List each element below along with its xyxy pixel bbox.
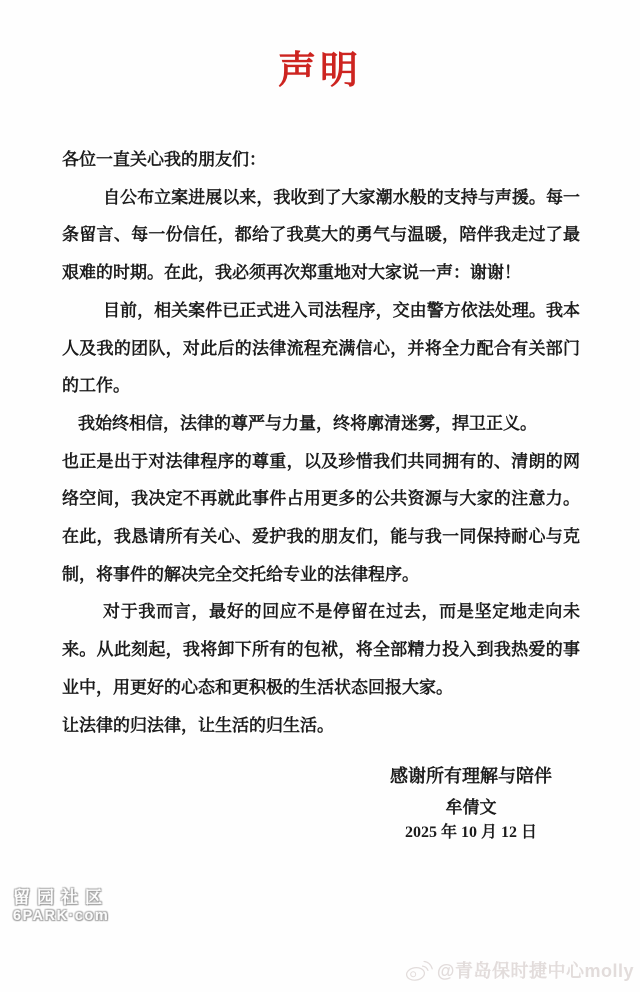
closing-line: 感谢所有理解与陪伴 — [340, 763, 602, 789]
forum-watermark: 留园社区 6PARK·com — [13, 889, 109, 924]
forum-watermark-url: 6PARK·com — [13, 909, 109, 924]
paragraph-1: 自公布立案进展以来，我收到了大家潮水般的支持与声援。每一条留言、每一份信任，都给… — [62, 179, 580, 292]
signature-block: 感谢所有理解与陪伴 牟倩文 2025 年 10 月 12 日 — [340, 763, 602, 844]
weibo-watermark: @青岛保时捷中心molly — [405, 957, 634, 983]
weibo-handle: @青岛保时捷中心molly — [437, 957, 634, 983]
paragraph-4: 也正是出于对法律程序的尊重，以及珍惜我们共同拥有的、清朗的网络空间，我决定不再就… — [62, 443, 580, 594]
statement-title: 声明 — [0, 0, 640, 92]
paragraph-3: 我始终相信，法律的尊严与力量，终将廓清迷雾，捍卫正义。 — [62, 405, 580, 443]
paragraph-5: 对于我而言，最好的回应不是停留在过去，而是坚定地走向未来。从此刻起，我将卸下所有… — [62, 593, 580, 706]
forum-watermark-cn: 留园社区 — [13, 889, 109, 906]
statement-body: 各位一直关心我的朋友们： 自公布立案进展以来，我收到了大家潮水般的支持与声援。每… — [62, 141, 580, 744]
statement-date: 2025 年 10 月 12 日 — [340, 822, 602, 844]
statement-document: 声明 各位一直关心我的朋友们： 自公布立案进展以来，我收到了大家潮水般的支持与声… — [0, 0, 640, 992]
signer-name: 牟倩文 — [340, 797, 602, 819]
paragraph-2: 目前，相关案件已正式进入司法程序，交由警方依法处理。我本人及我的团队，对此后的法… — [62, 292, 580, 405]
salutation: 各位一直关心我的朋友们： — [62, 141, 580, 179]
weibo-eye-icon — [405, 958, 433, 982]
paragraph-6: 让法律的归法律，让生活的归生活。 — [62, 707, 580, 745]
